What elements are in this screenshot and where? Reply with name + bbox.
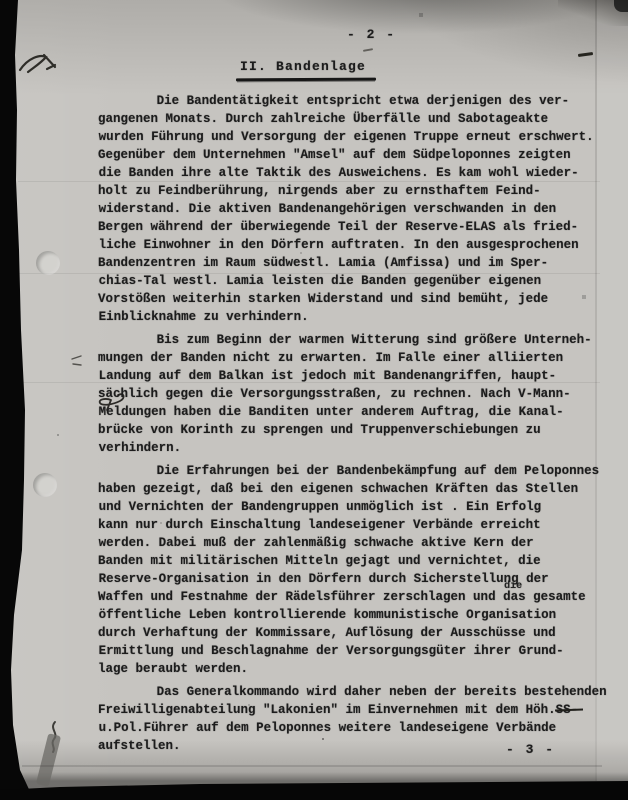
text-run: Bandenzentren im Raum südwestl. Lamia (A… [98, 256, 548, 270]
scan-corner-blob [614, 0, 628, 12]
text-line: Landung auf dem Balkan ist jedoch mit Ba… [99, 367, 601, 385]
text-run: durch Verhaftung der Kommissare, Auflösu… [98, 626, 556, 640]
text-run: Die Bandentätigkeit entspricht etwa derj… [157, 94, 570, 108]
text-run: Freiwilligenabteilung "Lakonien" im Einv… [98, 703, 556, 717]
text-run: dasdie [503, 590, 526, 604]
text-line: u.Pol.Führer auf dem Peloponnes weitere … [99, 719, 601, 737]
text-line: Bis zum Beginn der warmen Witterung sind… [99, 331, 601, 349]
text-line: die Banden ihre alte Taktik des Ausweich… [99, 164, 601, 182]
text-run: brücke von Korinth zu sprengen und Trupp… [98, 423, 541, 437]
text-run: sächlich gegen die Versorgungsstraßen, z… [98, 387, 571, 401]
heading-underline [236, 78, 376, 82]
scan-bottom-border [0, 781, 628, 800]
scan-left-border [0, 0, 40, 800]
text-line: Bandenzentren im Raum südwestl. Lamia (A… [98, 254, 600, 272]
text-run: Landung auf dem Balkan ist jedoch mit Ba… [99, 369, 557, 383]
text-line: sächlich gegen die Versorgungsstraßen, z… [98, 385, 600, 403]
text-line: brücke von Korinth zu sprengen und Trupp… [98, 421, 600, 439]
text-line: Ermittlung und Beschlagnahme der Versorg… [99, 642, 601, 660]
text-line: mungen der Banden nicht zu erwarten. Im … [98, 349, 600, 367]
page-number-bottom: - 3 - [506, 742, 555, 757]
text-line: lage beraubt werden. [98, 660, 600, 678]
text-run: wurden Führung und Versorgung der eigene… [99, 130, 594, 144]
text-line: durch Verhaftung der Kommissare, Auflösu… [98, 624, 600, 642]
text-run: gangenen Monats. Durch zahlreiche Überfä… [98, 112, 548, 126]
text-run: aufstellen. [98, 739, 181, 753]
text-run: Das Generalkommando wird daher neben der… [157, 685, 607, 699]
paper-corner-shadow [36, 733, 61, 787]
text-run: gesamte [526, 590, 586, 604]
text-run: haben gezeigt, daß bei den eigenen schwa… [98, 482, 578, 496]
text-line: verhindern. [99, 439, 601, 457]
text-run: Bis zum Beginn der warmen Witterung sind… [157, 333, 592, 347]
text-run: Meldungen haben die Banditen unter ander… [99, 405, 564, 419]
text-line: Bergen während der überwiegende Teil der… [98, 218, 600, 236]
text-line: Banden mit militärischen Mitteln gejagt … [98, 552, 600, 570]
text-line: Die Erfahrungen bei der Bandenbekämpfung… [99, 462, 601, 480]
text-run: mungen der Banden nicht zu erwarten. Im … [98, 351, 563, 365]
text-line: Gegenüber dem Unternehmen "Amsel" auf de… [98, 146, 600, 164]
text-line: Waffen und Festnahme der Rädelsführer ze… [98, 588, 600, 606]
text-run: Bergen während der überwiegende Teil der… [98, 220, 578, 234]
ink-scratch-mark [70, 354, 88, 368]
page-number-top: - 2 - [347, 27, 396, 42]
paper-right-strip [597, 0, 628, 781]
text-run: Einblicknahme zu verhindern. [99, 310, 309, 324]
typed-insertion: die [504, 582, 522, 592]
text-line: widerstand. Die aktiven Bandenangehörige… [99, 200, 601, 218]
text-run: chias-Tal westl. Lamia leisten die Bande… [99, 274, 542, 288]
hole-punch [36, 251, 60, 275]
text-line: haben gezeigt, daß bei den eigenen schwa… [98, 480, 600, 498]
text-run: Banden mit militärischen Mitteln gejagt … [98, 554, 541, 568]
text-run: widerstand. Die aktiven Bandenangehörige… [99, 202, 557, 216]
text-line: holt zu Feindberührung, nirgends aber zu… [98, 182, 600, 200]
paragraph: Bis zum Beginn der warmen Witterung sind… [98, 331, 600, 457]
text-line: Die Bandentätigkeit entspricht etwa derj… [99, 92, 601, 110]
text-run: Gegenüber dem Unternehmen "Amsel" auf de… [98, 148, 571, 162]
text-line: Das Generalkommando wird daher neben der… [99, 683, 601, 701]
text-line: liche Einwohner in den Dörfern auftraten… [99, 236, 601, 254]
text-line: und Vernichten der Bandengruppen unmögli… [99, 498, 601, 516]
text-line: kann nur durch Einschaltung landeseigene… [98, 516, 600, 534]
hole-punch [33, 473, 57, 497]
stray-dash-mark [578, 52, 593, 57]
text-line: Einblicknahme zu verhindern. [99, 308, 601, 326]
struck-text: SS- [556, 703, 579, 717]
scanned-document-page: - 2 - II. Bandenlage Die Bandentätigkeit… [0, 0, 628, 800]
text-run: Reserve-Organisation in den Dörfern durc… [99, 572, 549, 586]
text-line: öffentliche Leben kontrollierende kommun… [99, 606, 601, 624]
text-run: holt zu Feindberührung, nirgends aber zu… [98, 184, 541, 198]
text-run: öffentliche Leben kontrollierende kommun… [99, 608, 557, 622]
text-line: wurden Führung und Versorgung der eigene… [99, 128, 601, 146]
paragraph: Die Erfahrungen bei der Bandenbekämpfung… [98, 462, 600, 678]
text-line: Reserve-Organisation in den Dörfern durc… [99, 570, 601, 588]
text-line: Freiwilligenabteilung "Lakonien" im Einv… [98, 701, 600, 719]
text-line: gangenen Monats. Durch zahlreiche Überfä… [98, 110, 600, 128]
text-run: Ermittlung und Beschlagnahme der Versorg… [99, 644, 564, 658]
text-run: verhindern. [99, 441, 182, 455]
text-run: Waffen und Festnahme der Rädelsführer ze… [98, 590, 503, 604]
text-run: die Banden ihre alte Taktik des Ausweich… [99, 166, 579, 180]
text-run: liche Einwohner in den Dörfern auftraten… [99, 238, 579, 252]
ink-scribble-mark [16, 42, 62, 80]
text-run: lage beraubt werden. [98, 662, 248, 676]
text-line: Vorstößen weiterhin starken Widerstand u… [98, 290, 600, 308]
stray-dash-mark [363, 48, 373, 52]
text-run: kann nur durch Einschaltung landeseigene… [98, 518, 541, 532]
text-run: u.Pol.Führer auf dem Peloponnes weitere … [99, 721, 557, 735]
document-body: Die Bandentätigkeit entspricht etwa derj… [98, 92, 600, 760]
section-heading: II. Bandenlage [240, 59, 366, 74]
text-run: und Vernichten der Bandengruppen unmögli… [99, 500, 542, 514]
text-line: Meldungen haben die Banditen unter ander… [99, 403, 601, 421]
text-line: chias-Tal westl. Lamia leisten die Bande… [99, 272, 601, 290]
paper-bottom-edge [22, 765, 602, 767]
text-line: werden. Dabei muß der zahlenmäßig schwac… [99, 534, 601, 552]
paragraph: Die Bandentätigkeit entspricht etwa derj… [98, 92, 600, 326]
text-run: Vorstößen weiterhin starken Widerstand u… [98, 292, 548, 306]
text-run: werden. Dabei muß der zahlenmäßig schwac… [99, 536, 534, 550]
text-run: Die Erfahrungen bei der Bandenbekämpfung… [157, 464, 600, 478]
